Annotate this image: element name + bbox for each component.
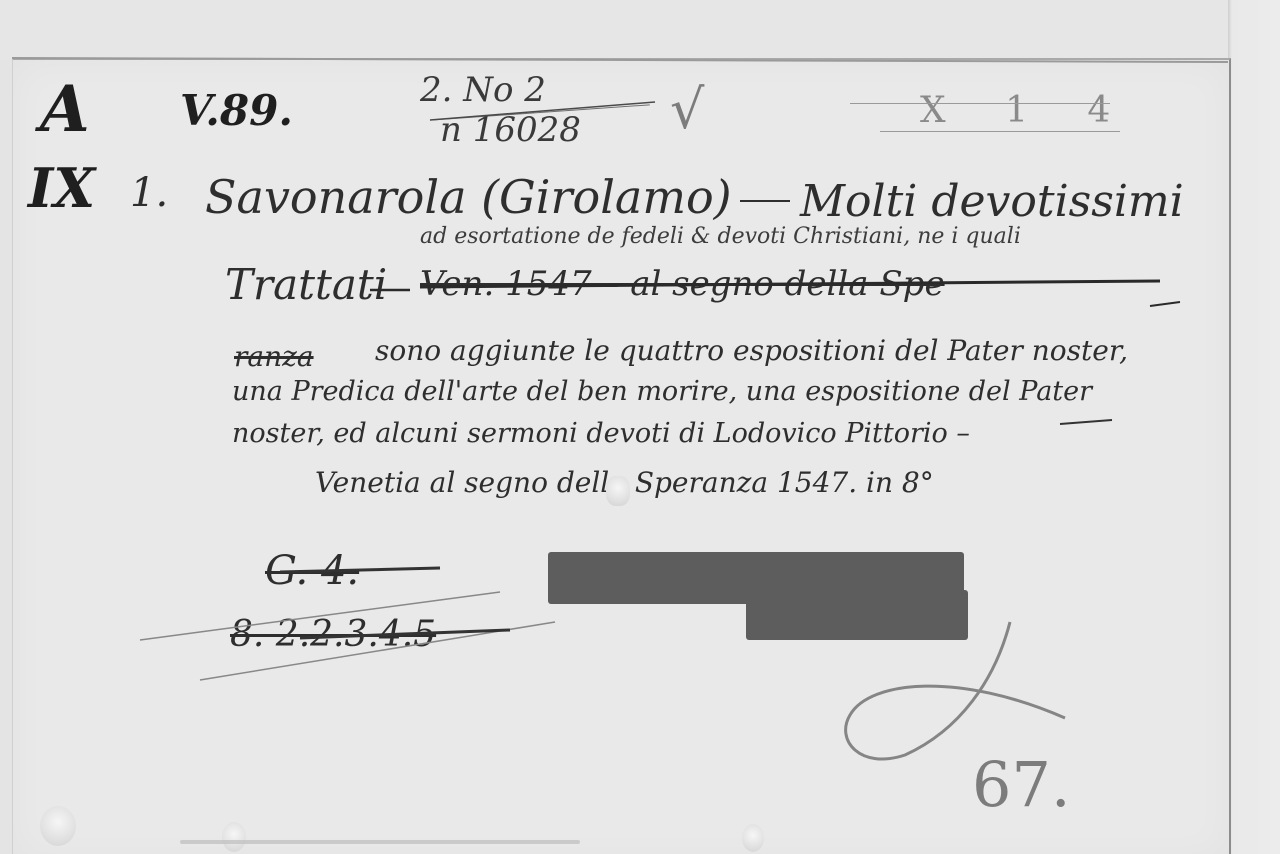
entry-line3: sono aggiunte le quattro espositioni del… (375, 334, 1128, 367)
entry-line5: noster, ed alcuni sermoni devoti di Lodo… (232, 418, 970, 449)
shelfmark-letter: A (40, 72, 90, 147)
punch-hole-left (40, 806, 76, 846)
page-number: 67. (972, 748, 1071, 821)
entry-author: Savonarola (Girolamo) (205, 170, 732, 224)
check-mark: √ (670, 78, 704, 141)
bottom-edge-smudge (180, 840, 580, 844)
pencil-strike-lower (880, 131, 1120, 132)
pencil-strike-upper (850, 103, 1110, 104)
accession-top: 2. No 2 (420, 70, 546, 110)
shelfmark-number: V.89. (180, 86, 293, 135)
entry-title-interlinear: ad esortatione de fedeli & devoti Christ… (420, 224, 1021, 249)
paper-spot (606, 476, 630, 506)
redaction-block-lower (746, 590, 968, 640)
punch-hole-right (742, 824, 764, 852)
shelfmark-roman: IX (28, 156, 95, 220)
entry-title-prefix: Trattati (225, 260, 387, 309)
entry-title-struck: Ven. 1547 – al segno della Spe (420, 264, 945, 304)
punch-hole-middle (222, 822, 246, 852)
bottom-mark-upper: G. 4. (265, 548, 359, 594)
accession-bottom: n 16028 (440, 110, 581, 150)
pencil-mark-top-right: X 1 4 (920, 90, 1134, 131)
entry-line3-struck: ranza (234, 340, 314, 373)
entry-line4: una Predica dell'arte del ben morire, un… (232, 376, 1092, 407)
entry-title-line1: Molti devotissimi (800, 176, 1184, 227)
scan-backdrop-right (1228, 0, 1280, 854)
shelfmark-sequence: 1. (130, 170, 168, 216)
author-dash (740, 200, 790, 202)
bottom-mark-lower: 8. 2.2.3.4.5 (230, 614, 436, 655)
scan-backdrop-top (0, 0, 1280, 60)
